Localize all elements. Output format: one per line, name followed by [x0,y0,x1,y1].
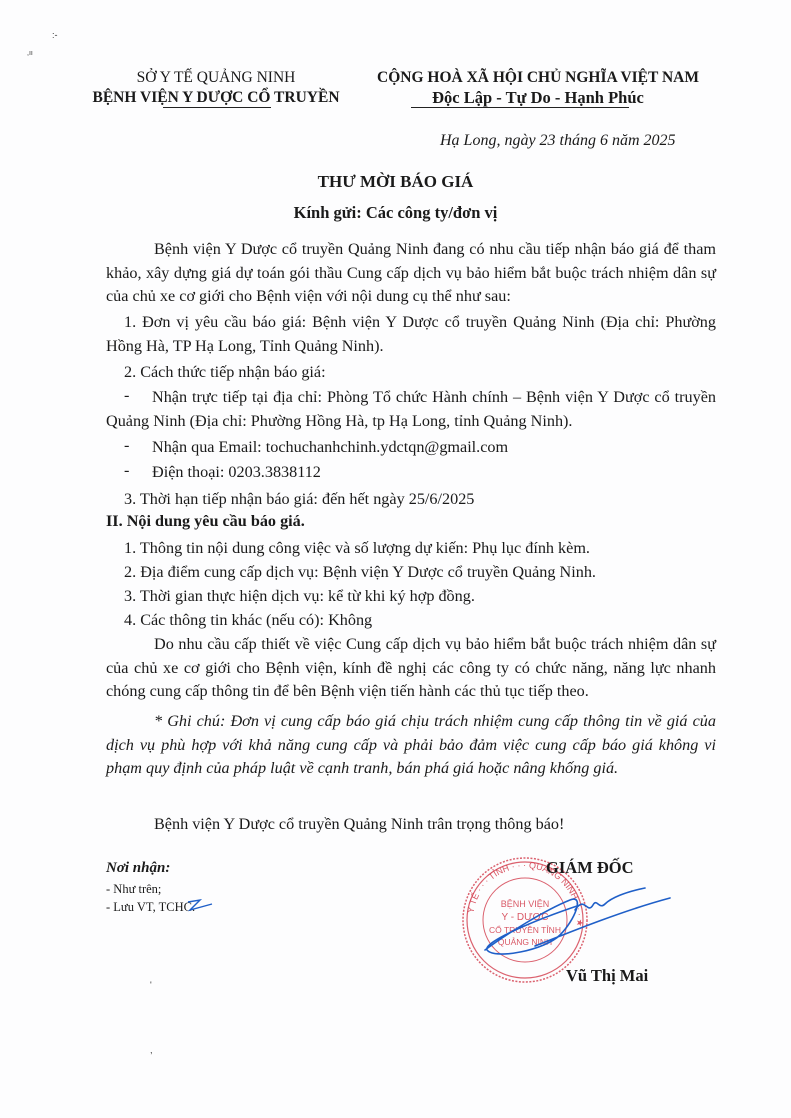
intro-paragraph: Bệnh viện Y Dược cổ truyền Quảng Ninh đa… [106,238,716,309]
requirement-item: 1. Thông tin nội dung công việc và số lư… [106,537,716,561]
requesting-unit: 1. Đơn vị yêu cầu báo giá: Bệnh viện Y D… [106,311,716,358]
national-motto: Độc Lập - Tự Do - Hạnh Phúc [358,88,718,108]
document-title: THƯ MỜI BÁO GIÁ [0,172,791,192]
scan-speck: ' [150,980,152,990]
deadline: 3. Thời hạn tiếp nhận báo giá: đến hết n… [106,488,716,512]
recipients-label: Nơi nhận: [106,860,170,877]
country-name: CỘNG HOÀ XÃ HỘI CHỦ NGHĨA VIỆT NAM [358,68,718,88]
scan-speck: , [150,1045,153,1055]
note-paragraph: * Ghi chú: Đơn vị cung cấp báo giá chịu … [106,710,716,781]
signatory-title: GIÁM ĐỐC [546,858,634,878]
bullet-dash: - [124,461,129,480]
request-paragraph: Do nhu cầu cấp thiết về việc Cung cấp dị… [106,633,716,704]
hospital-underline [163,107,271,108]
initial-mark-icon [182,896,222,916]
handwritten-signature-icon [475,880,675,960]
section-2-heading: II. Nội dung yêu cầu báo giá. [106,512,305,531]
requirement-item: 4. Các thông tin khác (nếu có): Không [106,609,716,633]
closing-line: Bệnh viện Y Dược cổ truyền Quảng Ninh tr… [106,813,716,837]
scan-speck: ,ıı [27,50,33,57]
hospital-name: BỆNH VIỆN Y DƯỢC CỔ TRUYỀN [80,88,352,108]
date-line: Hạ Long, ngày 23 tháng 6 năm 2025 [440,132,676,150]
national-header: CỘNG HOÀ XÃ HỘI CHỦ NGHĨA VIỆT NAM Độc L… [358,68,718,108]
salutation: Kính gửi: Các công ty/đơn vị [0,203,791,223]
issuer-header: SỞ Y TẾ QUẢNG NINH BỆNH VIỆN Y DƯỢC CỔ T… [80,68,352,108]
email-contact: Nhận qua Email: tochuchanhchinh.ydctqn@g… [152,436,716,460]
signatory-name: Vũ Thị Mai [566,966,648,986]
scan-speck: :- [52,30,58,40]
receiving-method: 2. Cách thức tiếp nhận báo giá: [106,361,716,385]
in-person-address: Nhận trực tiếp tại địa chỉ: Phòng Tổ chứ… [106,386,716,433]
requirement-item: 3. Thời gian thực hiện dịch vụ: kể từ kh… [106,585,716,609]
department-name: SỞ Y TẾ QUẢNG NINH [80,68,352,88]
motto-underline [411,107,629,108]
bullet-dash: - [124,436,129,455]
phone-contact: Điện thoại: 0203.3838112 [152,461,716,485]
requirement-item: 2. Địa điểm cung cấp dịch vụ: Bệnh viện … [106,561,716,585]
